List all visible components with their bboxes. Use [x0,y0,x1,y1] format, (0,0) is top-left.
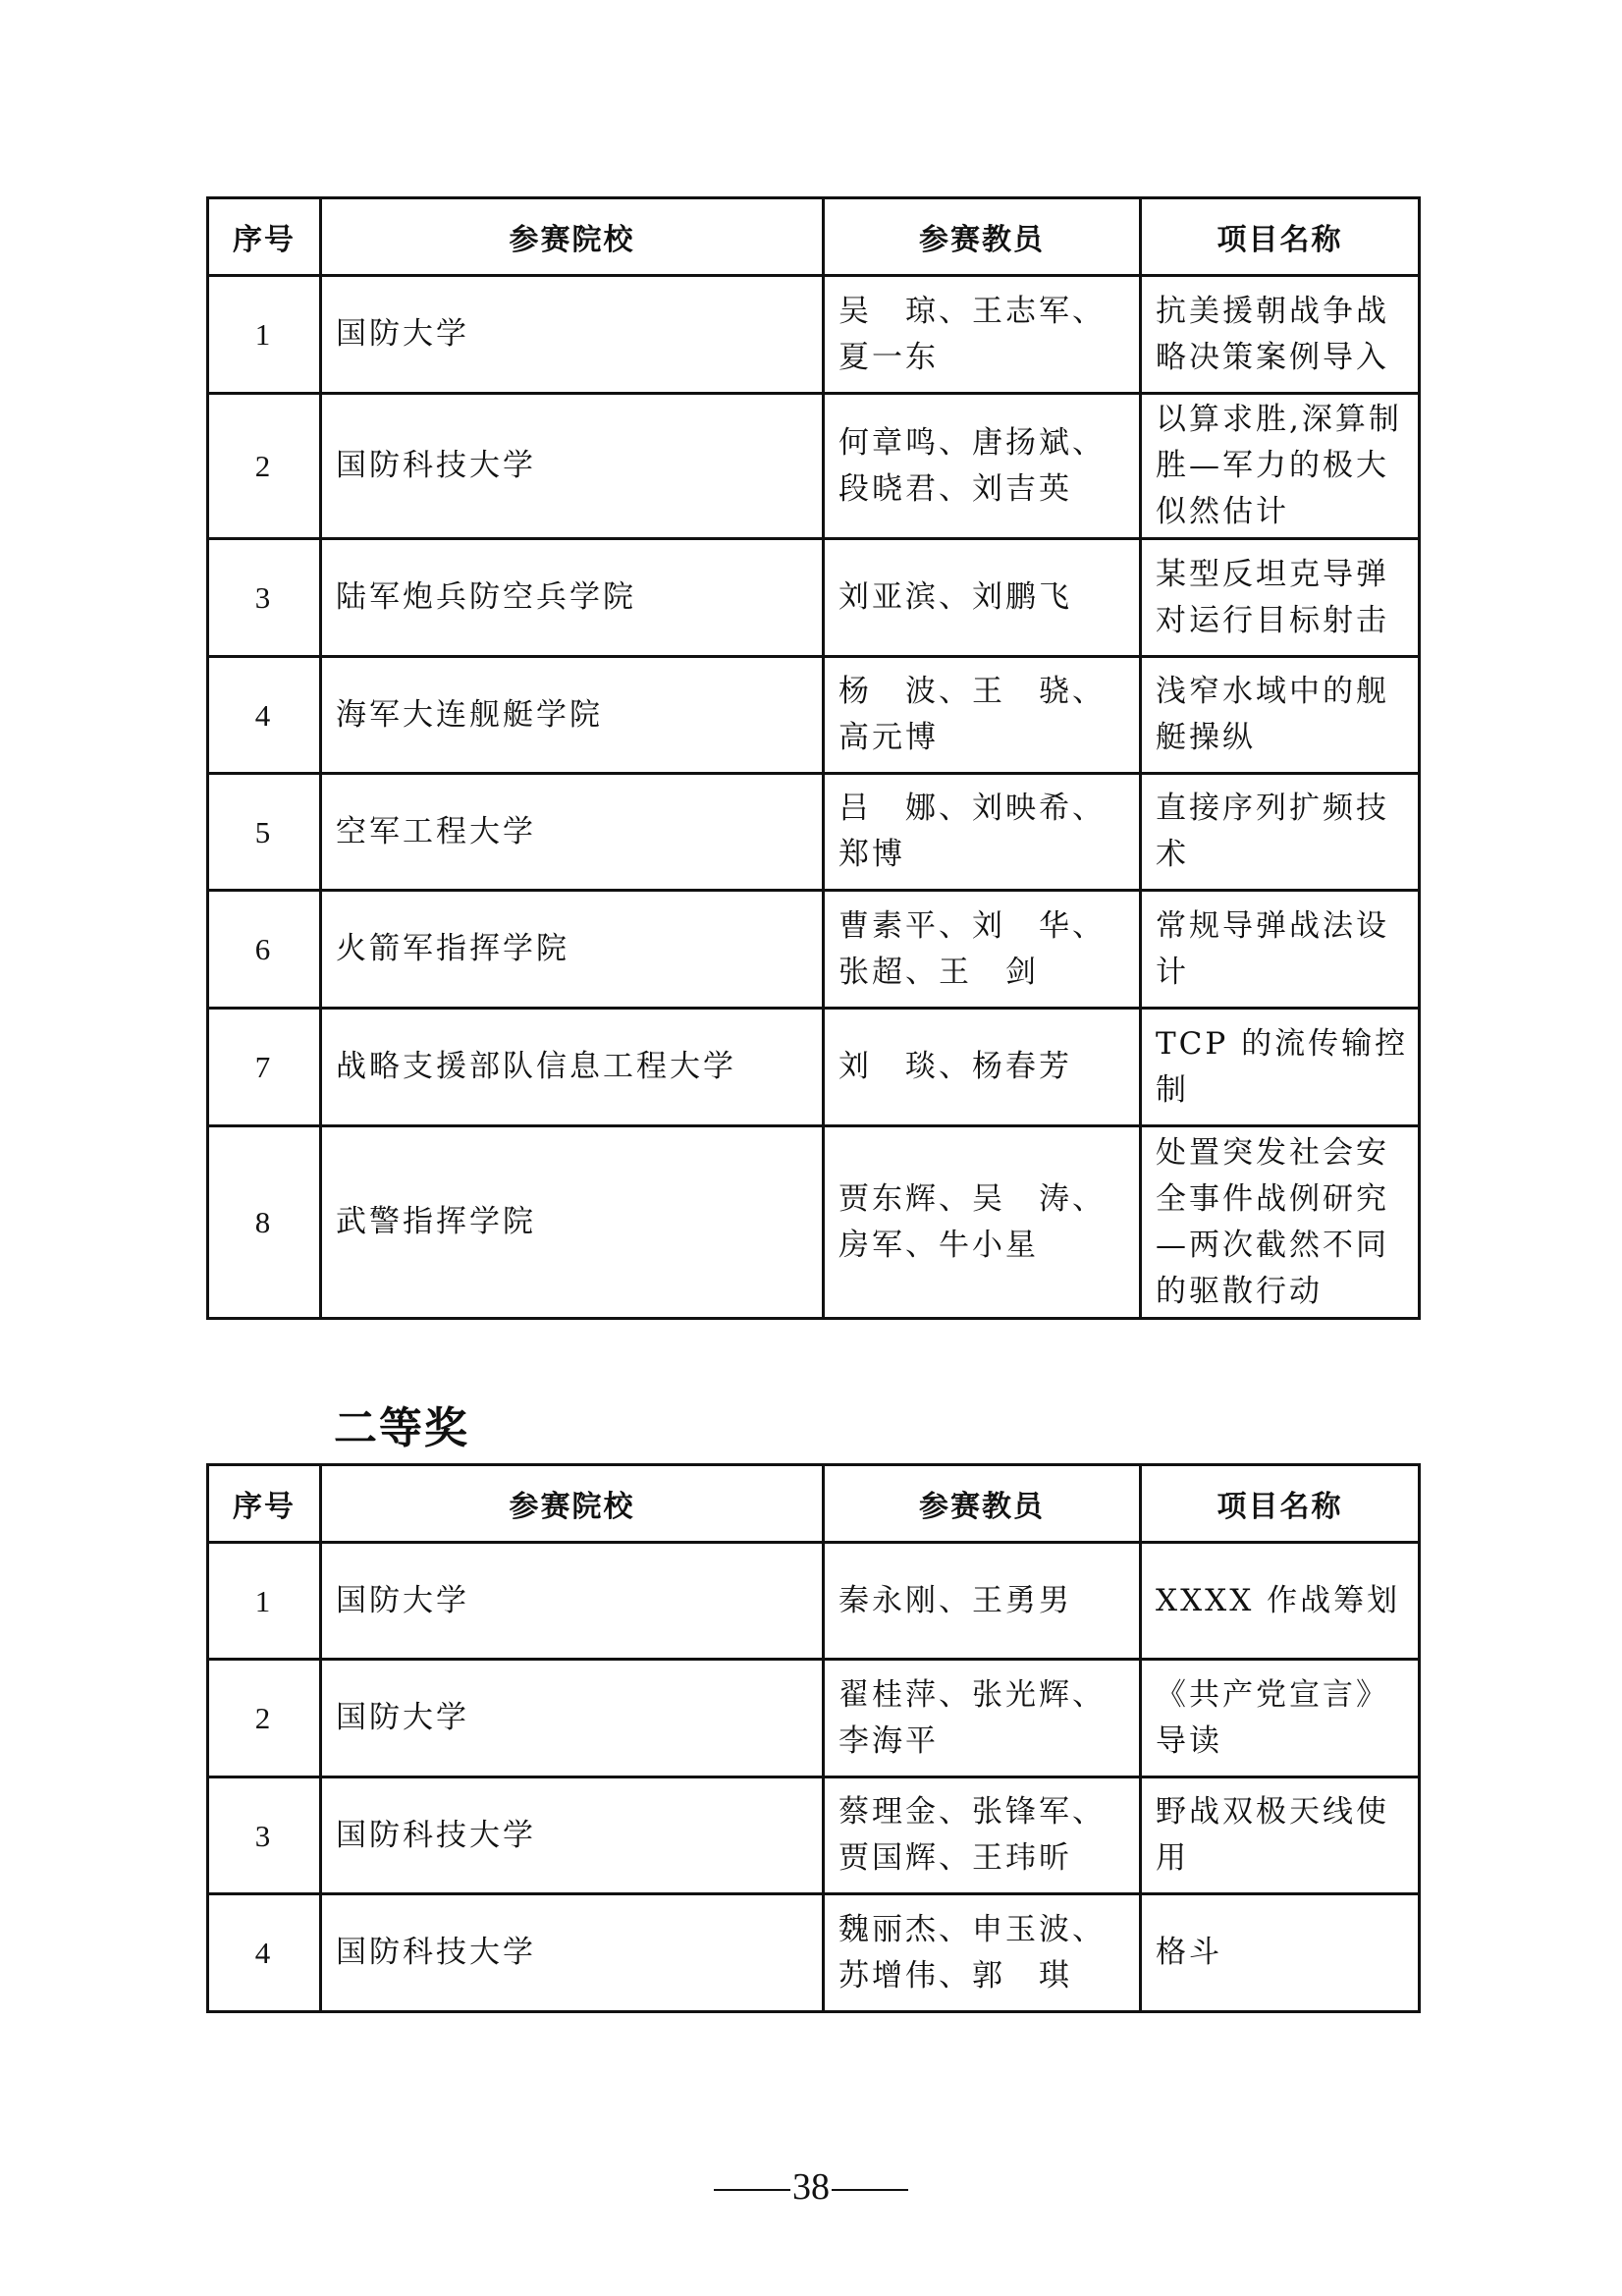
row-teachers: 翟桂萍、张光辉、李海平 [838,1672,1131,1765]
row-project: 格斗 [1156,1930,1410,1976]
row-index: 1 [209,1578,319,1624]
page-number-right-dash [832,2189,908,2191]
section-title-second-prize: 二等奖 [334,1393,469,1455]
row-teachers: 何章鸣、唐扬斌、段晓君、刘吉英 [838,420,1131,513]
row-project: 《共产党宣言》导读 [1156,1672,1410,1765]
row-teachers-cell: 杨 波、王 骁、高元博 [824,657,1141,774]
row-project: TCP 的流传输控制 [1156,1021,1410,1114]
table-row: 3国防科技大学蔡理金、张锋军、贾国辉、王玮昕野战双极天线使用 [208,1777,1420,1894]
page-number: 38 [0,2165,1622,2209]
row-school-cell: 国防科技大学 [321,394,824,539]
row-school: 武警指挥学院 [336,1199,822,1245]
row-project-cell: TCP 的流传输控制 [1141,1009,1420,1126]
row-project-cell: 浅窄水域中的舰艇操纵 [1141,657,1420,774]
row-project: 常规导弹战法设计 [1156,903,1410,996]
table-row: 3陆军炮兵防空兵学院刘亚滨、刘鹏飞某型反坦克导弹对运行目标射击 [208,539,1420,657]
page-number-left-dash [714,2189,790,2191]
row-school: 国防大学 [336,311,822,357]
row-project-cell: 野战双极天线使用 [1141,1777,1420,1894]
row-teachers-cell: 刘亚滨、刘鹏飞 [824,539,1141,657]
row-teachers: 刘 琰、杨春芳 [838,1044,1131,1090]
row-school: 战略支援部队信息工程大学 [336,1044,822,1090]
row-index-cell: 1 [208,1543,321,1660]
row-school-cell: 国防大学 [321,1543,824,1660]
row-index: 2 [209,1695,319,1741]
row-school-cell: 海军大连舰艇学院 [321,657,824,774]
row-index: 2 [209,443,319,489]
row-project: XXXX 作战筹划 [1156,1578,1410,1624]
row-project-cell: 格斗 [1141,1894,1420,2012]
row-teachers-cell: 吕 娜、刘映希、郑博 [824,774,1141,891]
row-school-cell: 战略支援部队信息工程大学 [321,1009,824,1126]
row-teachers-cell: 秦永刚、王勇男 [824,1543,1141,1660]
row-project-cell: 处置突发社会安全事件战例研究—两次截然不同的驱散行动 [1141,1126,1420,1319]
row-project: 浅窄水域中的舰艇操纵 [1156,669,1410,761]
row-project: 野战双极天线使用 [1156,1789,1410,1882]
second-prize-table: 序号 参赛院校 参赛教员 项目名称 1国防大学秦永刚、王勇男XXXX 作战筹划2… [206,1463,1421,2013]
row-school: 陆军炮兵防空兵学院 [336,574,822,621]
row-school: 国防大学 [336,1695,822,1741]
row-project-cell: 某型反坦克导弹对运行目标射击 [1141,539,1420,657]
row-project: 某型反坦克导弹对运行目标射击 [1156,552,1410,644]
row-project: 直接序列扩频技术 [1156,786,1410,878]
row-project-cell: 以算求胜,深算制胜—军力的极大似然估计 [1141,394,1420,539]
page-number-value: 38 [792,2166,830,2208]
row-index: 4 [209,1930,319,1976]
row-school: 国防科技大学 [336,443,822,489]
row-project-cell: 《共产党宣言》导读 [1141,1660,1420,1777]
row-index-cell: 2 [208,394,321,539]
row-index-cell: 3 [208,539,321,657]
table-header-row: 序号 参赛院校 参赛教员 项目名称 [208,198,1420,276]
table-row: 5空军工程大学吕 娜、刘映希、郑博直接序列扩频技术 [208,774,1420,891]
row-index: 8 [209,1199,319,1245]
column-header-project: 项目名称 [1141,198,1420,276]
row-index-cell: 4 [208,657,321,774]
table-body: 1国防大学秦永刚、王勇男XXXX 作战筹划2国防大学翟桂萍、张光辉、李海平《共产… [208,1543,1420,2012]
row-index: 3 [209,574,319,621]
table-row: 8武警指挥学院贾东辉、吴 涛、房军、牛小星处置突发社会安全事件战例研究—两次截然… [208,1126,1420,1319]
row-school: 火箭军指挥学院 [336,926,822,972]
row-school: 空军工程大学 [336,809,822,855]
row-project: 以算求胜,深算制胜—军力的极大似然估计 [1156,397,1410,535]
row-index: 5 [209,809,319,855]
column-header-school: 参赛院校 [321,1465,824,1543]
row-school: 国防大学 [336,1578,822,1624]
column-header-school: 参赛院校 [321,198,824,276]
row-school-cell: 国防科技大学 [321,1894,824,2012]
table-row: 4海军大连舰艇学院杨 波、王 骁、高元博浅窄水域中的舰艇操纵 [208,657,1420,774]
row-teachers: 杨 波、王 骁、高元博 [838,669,1131,761]
row-index-cell: 1 [208,276,321,394]
column-header-project: 项目名称 [1141,1465,1420,1543]
row-index: 6 [209,926,319,972]
row-index-cell: 3 [208,1777,321,1894]
row-project-cell: 常规导弹战法设计 [1141,891,1420,1009]
row-teachers-cell: 蔡理金、张锋军、贾国辉、王玮昕 [824,1777,1141,1894]
column-header-teachers: 参赛教员 [824,198,1141,276]
row-index: 7 [209,1044,319,1090]
row-teachers: 曹素平、刘 华、张超、王 剑 [838,903,1131,996]
row-project: 抗美援朝战争战略决策案例导入 [1156,289,1410,381]
table-row: 4国防科技大学魏丽杰、申玉波、苏增伟、郭 琪格斗 [208,1894,1420,2012]
row-teachers-cell: 吴 琼、王志军、夏一东 [824,276,1141,394]
row-teachers-cell: 曹素平、刘 华、张超、王 剑 [824,891,1141,1009]
column-header-index: 序号 [208,198,321,276]
row-school-cell: 火箭军指挥学院 [321,891,824,1009]
column-header-index: 序号 [208,1465,321,1543]
row-teachers-cell: 贾东辉、吴 涛、房军、牛小星 [824,1126,1141,1319]
table-row: 2国防科技大学何章鸣、唐扬斌、段晓君、刘吉英以算求胜,深算制胜—军力的极大似然估… [208,394,1420,539]
table-row: 2国防大学翟桂萍、张光辉、李海平《共产党宣言》导读 [208,1660,1420,1777]
table-body: 1国防大学吴 琼、王志军、夏一东抗美援朝战争战略决策案例导入2国防科技大学何章鸣… [208,276,1420,1319]
row-index: 3 [209,1813,319,1859]
table-row: 1国防大学吴 琼、王志军、夏一东抗美援朝战争战略决策案例导入 [208,276,1420,394]
row-teachers: 蔡理金、张锋军、贾国辉、王玮昕 [838,1789,1131,1882]
row-project-cell: 抗美援朝战争战略决策案例导入 [1141,276,1420,394]
row-school-cell: 陆军炮兵防空兵学院 [321,539,824,657]
row-teachers: 贾东辉、吴 涛、房军、牛小星 [838,1176,1131,1269]
row-teachers: 吕 娜、刘映希、郑博 [838,786,1131,878]
first-prize-table: 序号 参赛院校 参赛教员 项目名称 1国防大学吴 琼、王志军、夏一东抗美援朝战争… [206,196,1421,1320]
row-school: 海军大连舰艇学院 [336,692,822,738]
row-index-cell: 8 [208,1126,321,1319]
row-index-cell: 6 [208,891,321,1009]
row-project: 处置突发社会安全事件战例研究—两次截然不同的驱散行动 [1156,1130,1410,1315]
row-school-cell: 空军工程大学 [321,774,824,891]
row-teachers-cell: 刘 琰、杨春芳 [824,1009,1141,1126]
row-teachers: 魏丽杰、申玉波、苏增伟、郭 琪 [838,1907,1131,1999]
row-school-cell: 国防大学 [321,276,824,394]
table-row: 1国防大学秦永刚、王勇男XXXX 作战筹划 [208,1543,1420,1660]
row-index-cell: 4 [208,1894,321,2012]
row-teachers: 秦永刚、王勇男 [838,1578,1131,1624]
row-teachers-cell: 魏丽杰、申玉波、苏增伟、郭 琪 [824,1894,1141,2012]
row-school: 国防科技大学 [336,1813,822,1859]
row-project-cell: XXXX 作战筹划 [1141,1543,1420,1660]
row-index-cell: 7 [208,1009,321,1126]
row-school-cell: 国防大学 [321,1660,824,1777]
row-index-cell: 2 [208,1660,321,1777]
row-project-cell: 直接序列扩频技术 [1141,774,1420,891]
table-row: 7战略支援部队信息工程大学刘 琰、杨春芳TCP 的流传输控制 [208,1009,1420,1126]
column-header-teachers: 参赛教员 [824,1465,1141,1543]
row-school: 国防科技大学 [336,1930,822,1976]
row-school-cell: 武警指挥学院 [321,1126,824,1319]
table-header-row: 序号 参赛院校 参赛教员 项目名称 [208,1465,1420,1543]
row-index: 4 [209,692,319,738]
row-index: 1 [209,311,319,357]
row-school-cell: 国防科技大学 [321,1777,824,1894]
row-teachers-cell: 何章鸣、唐扬斌、段晓君、刘吉英 [824,394,1141,539]
row-teachers-cell: 翟桂萍、张光辉、李海平 [824,1660,1141,1777]
row-teachers: 刘亚滨、刘鹏飞 [838,574,1131,621]
table-row: 6火箭军指挥学院曹素平、刘 华、张超、王 剑常规导弹战法设计 [208,891,1420,1009]
row-index-cell: 5 [208,774,321,891]
row-teachers: 吴 琼、王志军、夏一东 [838,289,1131,381]
